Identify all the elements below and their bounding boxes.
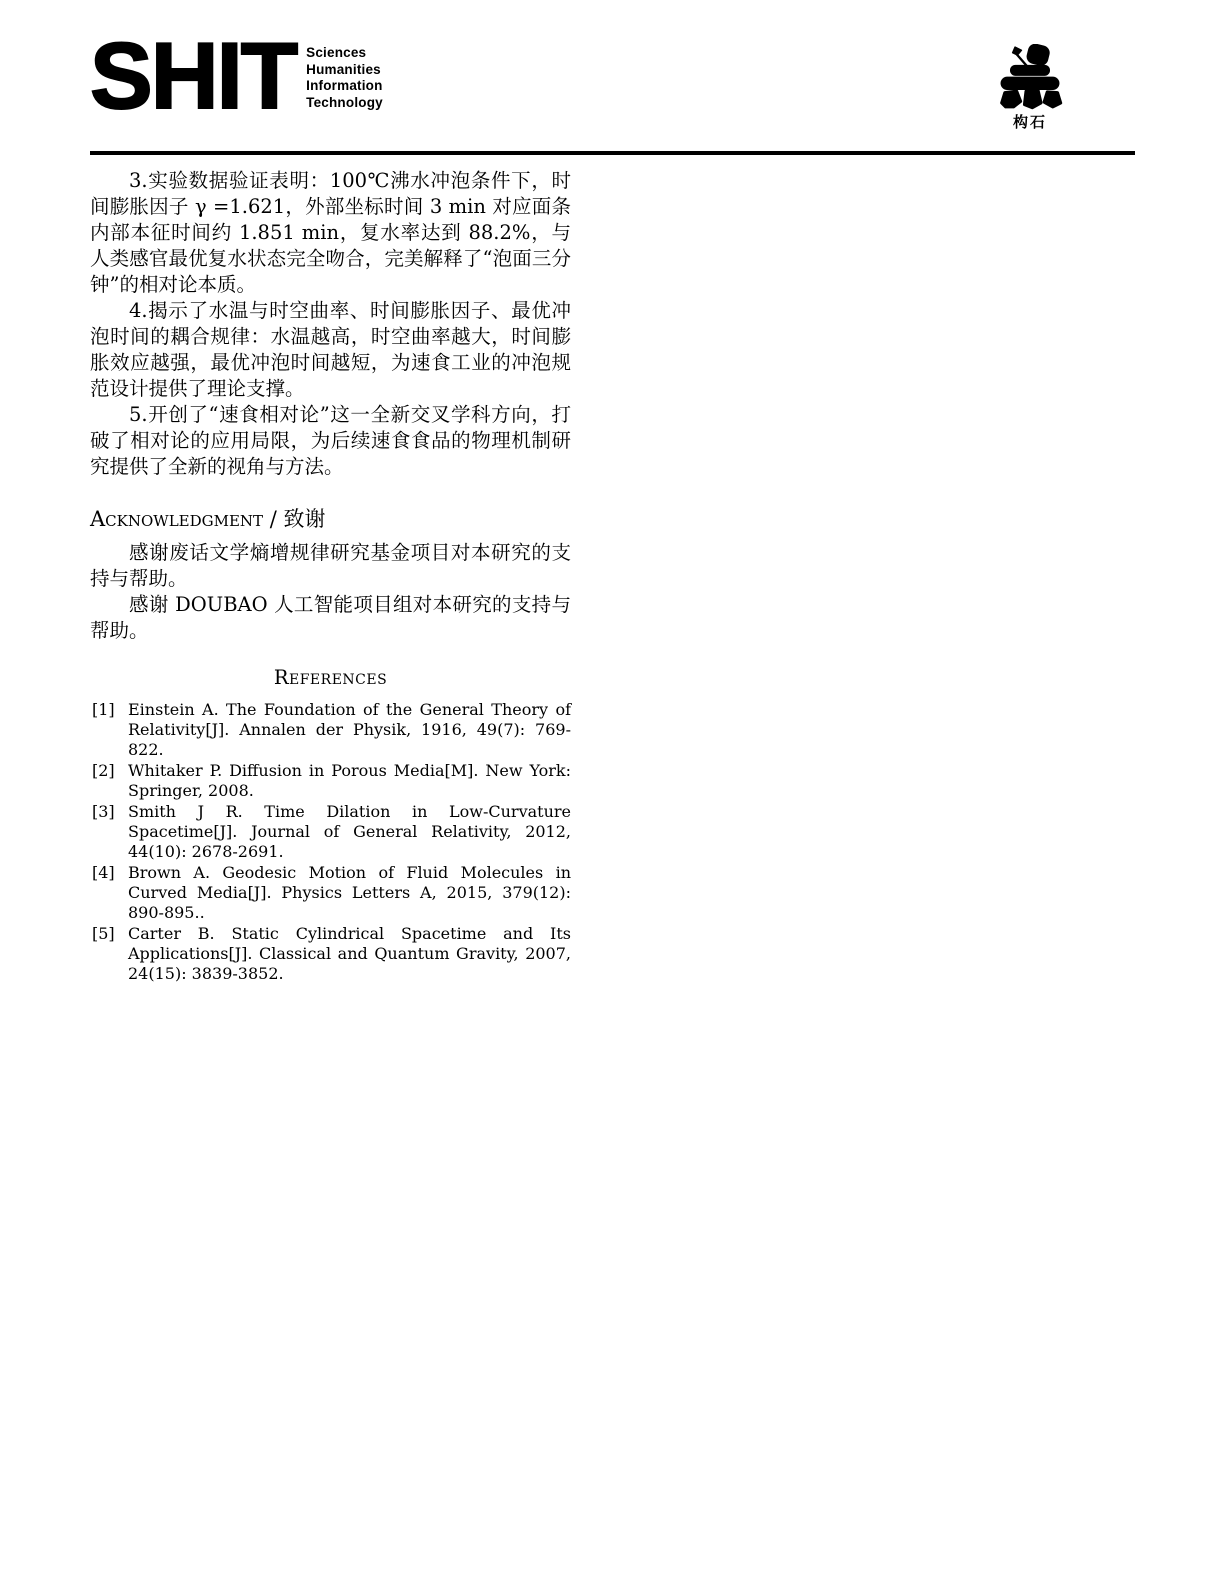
reference-text: Carter B. Static Cylindrical Spacetime a… [128,924,571,983]
journal-logo-text: SHIT [90,38,296,113]
reference-marker: [3] [92,802,115,822]
journal-subtitle-line: Information [306,78,383,95]
journal-brand: SHIT Sciences Humanities Information Tec… [90,38,383,113]
conclusion-paragraph-5: 5.开创了“速食相对论”这一全新交叉学科方向，打破了相对论的应用局限，为后续速食… [90,402,571,480]
publisher-logo-label: 构石 [986,111,1074,132]
article-column: 3.实验数据验证表明：100℃沸水冲泡条件下，时间膨胀因子 γ =1.621，外… [90,168,571,985]
reference-item: [4] Brown A. Geodesic Motion of Fluid Mo… [90,863,571,923]
reference-marker: [2] [92,761,115,781]
header-divider [90,151,1135,155]
reference-text: Brown A. Geodesic Motion of Fluid Molecu… [128,863,571,922]
reference-marker: [4] [92,863,115,883]
acknowledgment-heading: Acknowledgment / 致谢 [90,506,571,532]
conclusion-paragraph-4: 4.揭示了水温与时空曲率、时间膨胀因子、最优冲泡时间的耦合规律：水温越高，时空曲… [90,298,571,402]
reference-item: [2] Whitaker P. Diffusion in Porous Medi… [90,761,571,801]
journal-subtitle: Sciences Humanities Information Technolo… [306,38,383,111]
reference-item: [3] Smith J R. Time Dilation in Low-Curv… [90,802,571,862]
journal-subtitle-line: Technology [306,95,383,112]
reference-marker: [1] [92,700,115,720]
acknowledgment-paragraph: 感谢 DOUBAO 人工智能项目组对本研究的支持与帮助。 [90,592,571,644]
reference-text: Whitaker P. Diffusion in Porous Media[M]… [128,761,571,800]
references-list: [1] Einstein A. The Foundation of the Ge… [90,700,571,984]
paper-page: SHIT Sciences Humanities Information Tec… [0,0,1224,1584]
journal-subtitle-line: Sciences [306,45,383,62]
conclusion-paragraph-3: 3.实验数据验证表明：100℃沸水冲泡条件下，时间膨胀因子 γ =1.621，外… [90,168,571,298]
reference-marker: [5] [92,924,115,944]
journal-subtitle-line: Humanities [306,62,383,79]
reference-item: [1] Einstein A. The Foundation of the Ge… [90,700,571,760]
references-heading: References [90,666,571,690]
reference-text: Smith J R. Time Dilation in Low-Curvatur… [128,802,571,861]
reference-text: Einstein A. The Foundation of the Genera… [128,700,571,759]
rock-cairn-icon [989,44,1071,110]
reference-item: [5] Carter B. Static Cylindrical Spaceti… [90,924,571,984]
acknowledgment-paragraph: 感谢废话文学熵增规律研究基金项目对本研究的支持与帮助。 [90,540,571,592]
publisher-logo: 构石 [986,44,1074,132]
